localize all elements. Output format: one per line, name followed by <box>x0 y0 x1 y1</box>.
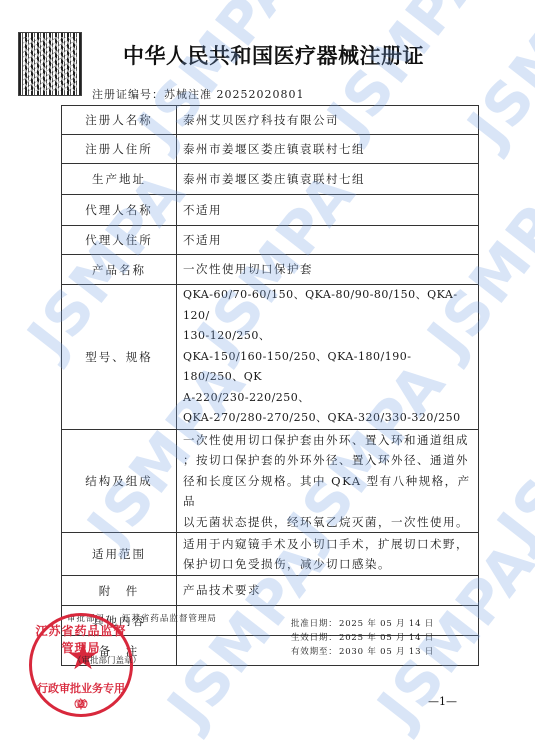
row-value: 一次性使用切口保护套 <box>177 255 479 285</box>
row-value: 产品技术要求 <box>177 576 479 606</box>
structure-line: 一次性使用切口保护套由外环、置入环和通道组成 <box>183 430 472 451</box>
table-row-registrant-name: 注册人名称 泰州艾贝医疗科技有限公司 <box>62 106 479 135</box>
registration-number-label: 注册证编号： <box>92 88 164 101</box>
qr-code <box>18 32 82 96</box>
table-row-attachment: 附 件 产品技术要求 <box>62 576 479 606</box>
spec-line: 130-120/250、 <box>183 326 472 347</box>
row-label: 代理人住所 <box>62 226 177 255</box>
row-value: 一次性使用切口保护套由外环、置入环和通道组成 ；按切口保护套的外环外径、置入环外… <box>177 429 479 533</box>
row-value: 泰州市姜堰区娄庄镇袁联村七组 <box>177 164 479 195</box>
scope-line: 适用于内窥镜手术及小切口手术，扩展切口术野， <box>183 534 472 555</box>
row-value: 泰州艾贝医疗科技有限公司 <box>177 106 479 135</box>
certificate-table: 注册人名称 泰州艾贝医疗科技有限公司 注册人住所 泰州市姜堰区娄庄镇袁联村七组 … <box>61 105 479 666</box>
row-label: 型号、规格 <box>62 285 177 430</box>
row-label: 附 件 <box>62 576 177 606</box>
spec-line: QKA-150/160-150/250、QKA-180/190-180/250、… <box>183 347 472 388</box>
row-value: 适用于内窥镜手术及小切口手术，扩展切口术野， 保护切口免受损伤，减少切口感染。 <box>177 533 479 576</box>
row-label: 结构及组成 <box>62 429 177 533</box>
registration-number: 注册证编号：苏械注准 20252020801 <box>92 86 304 102</box>
page-number: —1— <box>428 695 457 708</box>
row-value: QKA-60/70-60/150、QKA-80/90-80/150、QKA-12… <box>177 285 479 430</box>
dates-block: 批准日期： 2025 年 05 月 14 日 生效日期： 2025 年 05 月… <box>291 617 434 659</box>
approver-value: 江苏省药品监督管理局 <box>122 614 217 624</box>
date-value: 2025 年 05 月 14 日 <box>339 617 434 631</box>
effective-date: 生效日期： 2025 年 05 月 14 日 <box>291 631 434 645</box>
table-row-production-address: 生产地址 泰州市姜堰区娄庄镇袁联村七组 <box>62 164 479 195</box>
table-row-model-spec: 型号、规格 QKA-60/70-60/150、QKA-80/90-80/150、… <box>62 285 479 430</box>
table-row-structure: 结构及组成 一次性使用切口保护套由外环、置入环和通道组成 ；按切口保护套的外环外… <box>62 429 479 533</box>
scope-line: 保护切口免受损伤，减少切口感染。 <box>183 554 472 575</box>
seal-number: （2） <box>32 697 130 710</box>
expiry-date: 有效期至： 2030 年 05 月 13 日 <box>291 645 434 659</box>
structure-line: 径和长度区分规格。其中 QKA 型有八种规格，产品 <box>183 471 472 512</box>
spec-line: QKA-60/70-60/150、QKA-80/90-80/150、QKA-12… <box>183 285 472 326</box>
spec-line: QKA-270/280-270/250、QKA-320/330-320/250 <box>183 408 472 429</box>
spec-line: A-220/230-220/250、 <box>183 388 472 409</box>
table-row-agent-address: 代理人住所 不适用 <box>62 226 479 255</box>
date-label: 生效日期： <box>291 631 339 645</box>
table-row-product-name: 产品名称 一次性使用切口保护套 <box>62 255 479 285</box>
row-label: 注册人住所 <box>62 135 177 164</box>
row-label: 产品名称 <box>62 255 177 285</box>
watermark: JSMPA <box>484 349 535 559</box>
date-label: 有效期至： <box>291 645 339 659</box>
date-label: 批准日期： <box>291 617 339 631</box>
approval-date: 批准日期： 2025 年 05 月 14 日 <box>291 617 434 631</box>
row-value: 不适用 <box>177 195 479 226</box>
row-value: 泰州市姜堰区娄庄镇袁联村七组 <box>177 135 479 164</box>
row-label: 适用范围 <box>62 533 177 576</box>
date-value: 2030 年 05 月 13 日 <box>339 645 434 659</box>
row-label: 代理人名称 <box>62 195 177 226</box>
structure-line: ；按切口保护套的外环外径、置入环外径、通道外 <box>183 450 472 471</box>
date-value: 2025 年 05 月 14 日 <box>339 631 434 645</box>
document-title: 中华人民共和国医疗器械注册证 <box>123 40 424 70</box>
row-label: 生产地址 <box>62 164 177 195</box>
row-label: 注册人名称 <box>62 106 177 135</box>
seal-note: （审批部门盖章） <box>73 654 141 666</box>
table-row-scope: 适用范围 适用于内窥镜手术及小切口手术，扩展切口术野， 保护切口免受损伤，减少切… <box>62 533 479 576</box>
row-value: 不适用 <box>177 226 479 255</box>
table-row-registrant-address: 注册人住所 泰州市姜堰区娄庄镇袁联村七组 <box>62 135 479 164</box>
registration-number-value: 苏械注准 20252020801 <box>164 88 304 101</box>
structure-line: 以无菌状态提供，经环氧乙烷灭菌，一次性使用。 <box>183 512 472 533</box>
table-row-agent-name: 代理人名称 不适用 <box>62 195 479 226</box>
